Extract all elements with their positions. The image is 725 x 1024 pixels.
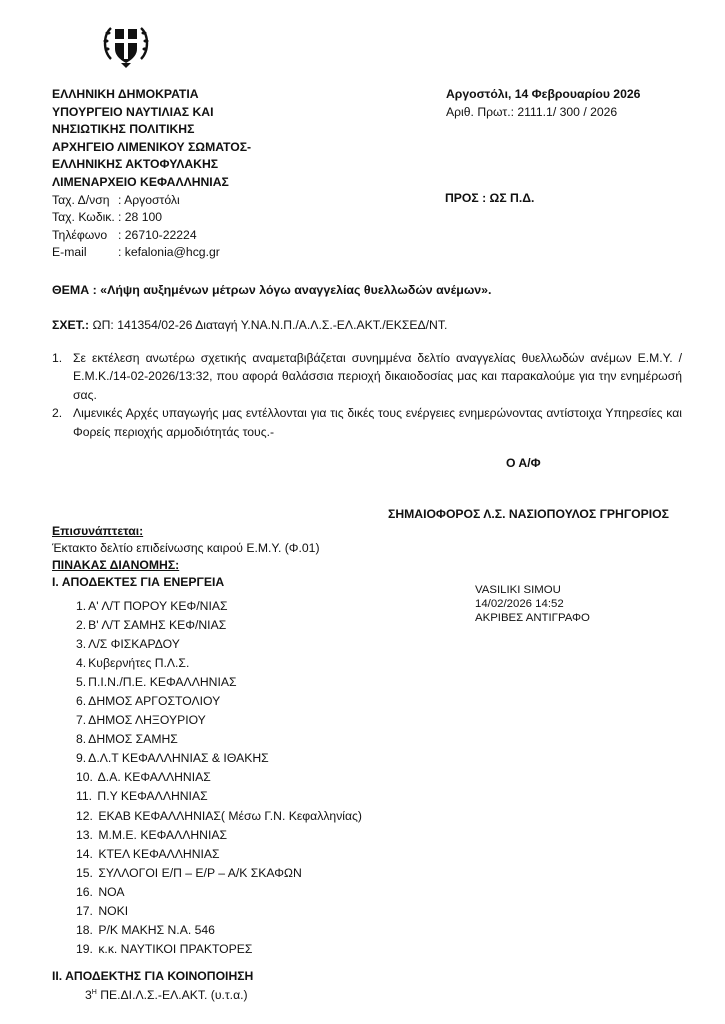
stamp-signer: VASILIKI SIMOU [475,583,590,597]
distribution-item: 2.Β' Λ/Τ ΣΑΜΗΣ ΚΕΦ/ΝΙΑΣ [76,616,362,635]
distribution-item: 19. κ.κ. ΝΑΥΤΙΚΟΙ ΠΡΑΚΤΟΡΕΣ [76,940,362,959]
subject: ΘΕΜΑ : «Λήψη αυξημένων μέτρων λόγω αναγγ… [52,283,492,297]
distribution-item-text: ΚΤΕΛ ΚΕΦΑΛΛΗΝΙΑΣ [95,847,220,861]
body-paragraph: 2. Λιμενικές Αρχές υπαγωγής μας εντέλλον… [52,404,682,441]
distribution-item-text: Λ/Σ ΦΙΣΚΑΡΔΟΥ [88,637,180,651]
contact-value: : kefalonia@hcg.gr [118,244,220,262]
distribution-item: 6.ΔΗΜΟΣ ΑΡΓΟΣΤΟΛΙΟΥ [76,692,362,711]
distribution-heading: ΠΙΝΑΚΑΣ ΔΙΑΝΟΜΗΣ: [52,557,320,574]
distribution-item-text: Ρ/Κ ΜΑΚΗΣ Ν.Α. 546 [95,923,215,937]
reference-label: ΣΧΕΤ.: [52,318,89,332]
distribution-item-number: 12. [76,807,93,826]
document-meta: Αργοστόλι, 14 Φεβρουαρίου 2026 Αριθ. Πρω… [446,86,640,121]
distribution-item-number: 8. [76,730,86,749]
recipient: ΠΡΟΣ : ΩΣ Π.Δ. [445,191,534,205]
paragraph-number: 1. [52,349,73,404]
distribution-item-number: 7. [76,711,86,730]
contact-postcode: Ταχ. Κωδικ. : 28 100 [52,209,251,227]
protocol-number: Αριθ. Πρωτ.: 2111.1/ 300 / 2026 [446,104,640,122]
distribution-item-number: 4. [76,654,86,673]
distribution-item-number: 16. [76,883,93,902]
sender-line: ΥΠΟΥΡΓΕΙΟ ΝΑΥΤΙΛΙΑΣ ΚΑΙ [52,104,251,122]
distribution-list: 1.Α' Λ/Τ ΠΟΡΟΥ ΚΕΦ/ΝΙΑΣ2.Β' Λ/Τ ΣΑΜΗΣ ΚΕ… [76,597,362,959]
contact-address: Ταχ. Δ/νση : Αργοστόλι [52,192,251,210]
distribution-item: 10. Δ.Α. ΚΕΦΑΛΛΗΝΙΑΣ [76,768,362,787]
signature-title: Ο Α/Φ [506,456,541,470]
distribution-item-number: 9. [76,749,86,768]
reference-text: ΩΠ: 141354/02-26 Διαταγή Υ.ΝΑ.Ν.Π./Α.Λ.Σ… [89,318,447,332]
contact-label: Ταχ. Δ/νση [52,192,118,210]
enclosure-block: Επισυνάπτεται: Έκτακτο δελτίο επιδείνωση… [52,523,320,591]
distribution-item-text: Α' Λ/Τ ΠΟΡΟΥ ΚΕΦ/ΝΙΑΣ [88,599,227,613]
distribution-item-number: 15. [76,864,93,883]
paragraph-text: Λιμενικές Αρχές υπαγωγής μας εντέλλονται… [73,404,682,441]
body-paragraph: 1. Σε εκτέλεση ανωτέρω σχετικής αναμεταβ… [52,349,682,404]
distribution-item-text: ΝΟΚΙ [95,904,128,918]
cc-recipient-number: 3 [85,988,92,1002]
distribution-item-number: 13. [76,826,93,845]
distribution-item-text: Κυβερνήτες Π.Λ.Σ. [88,656,189,670]
distribution-item-text: ΕΚΑΒ ΚΕΦΑΛΛΗΝΙΑΣ( Μέσω Γ.Ν. Κεφαλληνίας) [95,809,362,823]
distribution-item-text: Μ.Μ.Ε. ΚΕΦΑΛΛΗΝΙΑΣ [95,828,227,842]
distribution-item-number: 1. [76,597,86,616]
sender-line: ΕΛΛΗΝΙΚΗ ΔΗΜΟΚΡΑΤΙΑ [52,86,251,104]
distribution-item: 7.ΔΗΜΟΣ ΛΗΞΟΥΡΙΟΥ [76,711,362,730]
distribution-item: 4.Κυβερνήτες Π.Λ.Σ. [76,654,362,673]
distribution-item: 12. ΕΚΑΒ ΚΕΦΑΛΛΗΝΙΑΣ( Μέσω Γ.Ν. Κεφαλλην… [76,807,362,826]
certified-copy-stamp: VASILIKI SIMOU 14/02/2026 14:52 ΑΚΡΙΒΕΣ … [475,583,590,625]
sender-block: ΕΛΛΗΝΙΚΗ ΔΗΜΟΚΡΑΤΙΑ ΥΠΟΥΡΓΕΙΟ ΝΑΥΤΙΛΙΑΣ … [52,86,251,262]
distribution-item: 9.Δ.Λ.Τ ΚΕΦΑΛΛΗΝΙΑΣ & ΙΘΑΚΗΣ [76,749,362,768]
contact-label: Ταχ. Κωδικ. [52,209,118,227]
distribution-item: 5.Π.Ι.Ν./Π.Ε. ΚΕΦΑΛΛΗΝΙΑΣ [76,673,362,692]
distribution-item-text: κ.κ. ΝΑΥΤΙΚΟΙ ΠΡΑΚΤΟΡΕΣ [95,942,253,956]
distribution-item: 18. Ρ/Κ ΜΑΚΗΣ Ν.Α. 546 [76,921,362,940]
distribution-item-text: Π.Υ ΚΕΦΑΛΛΗΝΙΑΣ [94,789,208,803]
enclosure-item: Έκτακτο δελτίο επιδείνωσης καιρού Ε.Μ.Υ.… [52,540,320,557]
distribution-item-number: 18. [76,921,93,940]
distribution-item: 8.ΔΗΜΟΣ ΣΑΜΗΣ [76,730,362,749]
distribution-item: 13. Μ.Μ.Ε. ΚΕΦΑΛΛΗΝΙΑΣ [76,826,362,845]
distribution-item-text: Π.Ι.Ν./Π.Ε. ΚΕΦΑΛΛΗΝΙΑΣ [88,675,236,689]
sender-line: ΛΙΜΕΝΑΡΧΕΙΟ ΚΕΦΑΛΛΗΝΙΑΣ [52,174,251,192]
distribution-item-number: 5. [76,673,86,692]
contact-value: : 28 100 [118,209,162,227]
distribution-item-text: Δ.Λ.Τ ΚΕΦΑΛΛΗΝΙΑΣ & ΙΘΑΚΗΣ [88,751,269,765]
distribution-item: 17. ΝΟΚΙ [76,902,362,921]
distribution-item-number: 17. [76,902,93,921]
distribution-item-text: ΔΗΜΟΣ ΛΗΞΟΥΡΙΟΥ [88,713,206,727]
distribution-item: 11. Π.Υ ΚΕΦΑΛΛΗΝΙΑΣ [76,787,362,806]
distribution-item-text: ΔΗΜΟΣ ΑΡΓΟΣΤΟΛΙΟΥ [88,694,220,708]
distribution-item-text: Β' Λ/Τ ΣΑΜΗΣ ΚΕΦ/ΝΙΑΣ [88,618,226,632]
distribution-item: 16. ΝΟΑ [76,883,362,902]
distribution-item-number: 3. [76,635,86,654]
enclosure-heading: Επισυνάπτεται: [52,523,320,540]
contact-label: Τηλέφωνο [52,227,118,245]
body: 1. Σε εκτέλεση ανωτέρω σχετικής αναμεταβ… [52,349,682,441]
distribution-item-text: ΣΥΛΛΟΓΟΙ Ε/Π – Ε/Ρ – Α/Κ ΣΚΑΦΩΝ [95,866,302,880]
contact-value: : Αργοστόλι [118,192,180,210]
contact-label: E-mail [52,244,118,262]
sender-line: ΝΗΣΙΩΤΙΚΗΣ ΠΟΛΙΤΙΚΗΣ [52,121,251,139]
stamp-label: ΑΚΡΙΒΕΣ ΑΝΤΙΓΡΑΦΟ [475,611,590,625]
distribution-item-number: 6. [76,692,86,711]
contact-value: : 26710-22224 [118,227,197,245]
distribution-item-number: 14. [76,845,93,864]
distribution-item: 3.Λ/Σ ΦΙΣΚΑΡΔΟΥ [76,635,362,654]
distribution-item-number: 2. [76,616,86,635]
paragraph-text: Σε εκτέλεση ανωτέρω σχετικής αναμεταβιβά… [73,349,682,404]
reference: ΣΧΕΤ.: ΩΠ: 141354/02-26 Διαταγή Υ.ΝΑ.Ν.Π… [52,318,447,332]
cc-recipient-text: ΠΕ.ΔΙ.Λ.Σ.-ΕΛ.ΑΚΤ. (υ.τ.α.) [97,988,248,1002]
distribution-section-cc: ΙΙ. ΑΠΟΔΕΚΤΗΣ ΓΙΑ ΚΟΙΝΟΠΟΙΗΣΗ [52,969,253,983]
greek-coat-of-arms-icon [101,19,151,71]
cc-recipient: 3Η ΠΕ.ΔΙ.Λ.Σ.-ΕΛ.ΑΚΤ. (υ.τ.α.) [85,988,248,1002]
sender-line: ΑΡΧΗΓΕΙΟ ΛΙΜΕΝΙΚΟΥ ΣΩΜΑΤΟΣ- [52,139,251,157]
signatory-name: ΣΗΜΑΙΟΦΟΡΟΣ Λ.Σ. ΝΑΣΙΟΠΟΥΛΟΣ ΓΡΗΓΟΡΙΟΣ [388,507,669,521]
contact-phone: Τηλέφωνο : 26710-22224 [52,227,251,245]
distribution-item: 1.Α' Λ/Τ ΠΟΡΟΥ ΚΕΦ/ΝΙΑΣ [76,597,362,616]
place-date: Αργοστόλι, 14 Φεβρουαρίου 2026 [446,86,640,104]
distribution-section-action: Ι. ΑΠΟΔΕΚΤΕΣ ΓΙΑ ΕΝΕΡΓΕΙΑ [52,574,320,591]
contact-email: E-mail : kefalonia@hcg.gr [52,244,251,262]
distribution-item: 14. ΚΤΕΛ ΚΕΦΑΛΛΗΝΙΑΣ [76,845,362,864]
distribution-item-text: Δ.Α. ΚΕΦΑΛΛΗΝΙΑΣ [95,770,211,784]
distribution-item-number: 10. [76,768,93,787]
distribution-item-text: ΝΟΑ [95,885,125,899]
stamp-datetime: 14/02/2026 14:52 [475,597,590,611]
paragraph-number: 2. [52,404,73,441]
distribution-item: 15. ΣΥΛΛΟΓΟΙ Ε/Π – Ε/Ρ – Α/Κ ΣΚΑΦΩΝ [76,864,362,883]
distribution-item-number: 11. [76,787,92,806]
distribution-item-text: ΔΗΜΟΣ ΣΑΜΗΣ [88,732,178,746]
sender-line: ΕΛΛΗΝΙΚΗΣ ΑΚΤΟΦΥΛΑΚΗΣ [52,156,251,174]
distribution-item-number: 19. [76,940,93,959]
